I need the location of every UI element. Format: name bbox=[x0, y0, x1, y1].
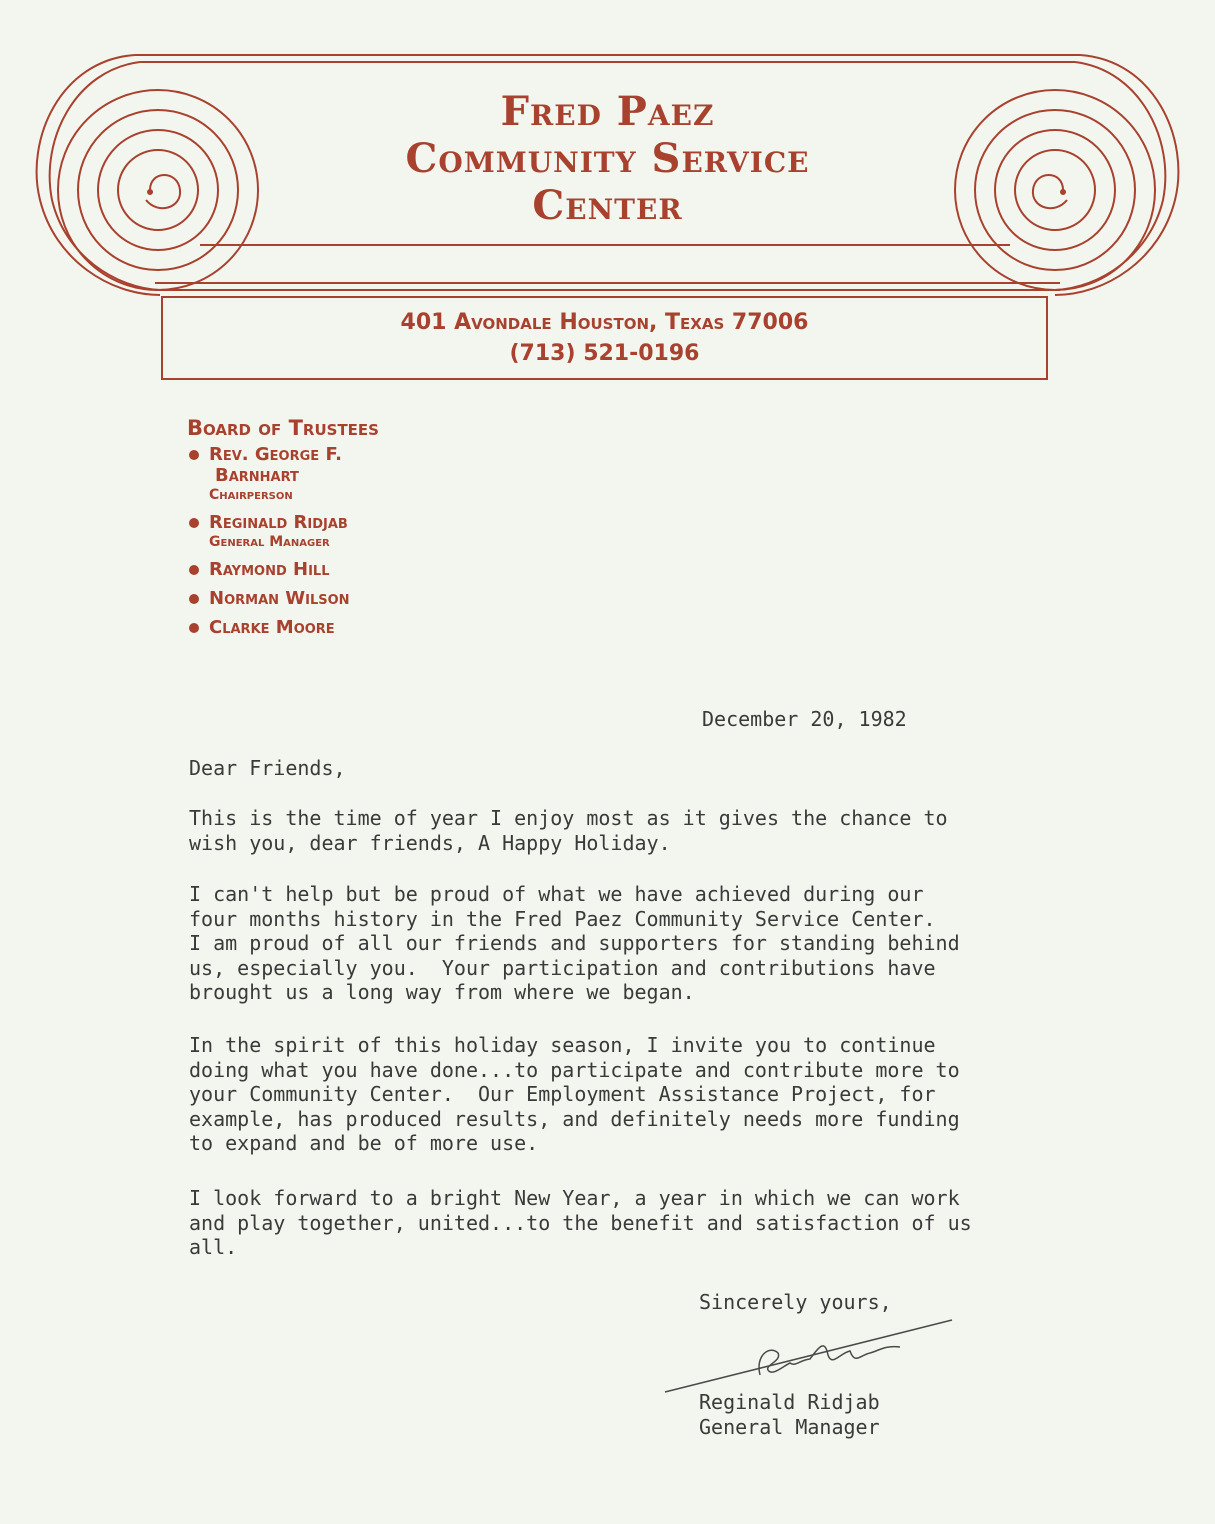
trustee-name: Rev. George F. bbox=[209, 444, 379, 465]
org-title-line1: Fred Paez bbox=[0, 88, 1215, 135]
closing: Sincerely yours, bbox=[699, 1290, 892, 1315]
bullet-icon bbox=[189, 565, 199, 575]
trustee-name: Reginald Ridjab bbox=[209, 512, 379, 533]
bullet-icon bbox=[189, 450, 199, 460]
paragraph-1: This is the time of year I enjoy most as… bbox=[189, 806, 948, 855]
salutation: Dear Friends, bbox=[189, 756, 346, 781]
paragraph-3: In the spirit of this holiday season, I … bbox=[189, 1033, 960, 1156]
signer-name: Reginald Ridjab bbox=[699, 1390, 880, 1415]
org-phone: (713) 521-0196 bbox=[162, 341, 1047, 366]
bullet-icon bbox=[189, 623, 199, 633]
org-title-line2: Community Service bbox=[0, 135, 1215, 182]
trustee-name: Raymond Hill bbox=[209, 559, 379, 580]
board-heading: Board of Trustees bbox=[187, 416, 379, 440]
trustee-role: General Manager bbox=[209, 533, 379, 551]
trustee-item: Clarke Moore bbox=[187, 617, 379, 638]
bullet-icon bbox=[189, 518, 199, 528]
letter-date: December 20, 1982 bbox=[702, 707, 907, 732]
trustee-name-cont: Barnhart bbox=[209, 465, 379, 486]
board-of-trustees: Board of Trustees Rev. George F. Barnhar… bbox=[187, 416, 379, 646]
org-address: 401 Avondale Houston, Texas 77006 bbox=[162, 310, 1047, 335]
org-title-line3: Center bbox=[0, 182, 1215, 229]
trustee-item: Reginald Ridjab General Manager bbox=[187, 512, 379, 551]
paragraph-2: I can't help but be proud of what we hav… bbox=[189, 882, 960, 1005]
signature bbox=[660, 1315, 960, 1395]
trustee-name: Norman Wilson bbox=[209, 588, 379, 609]
bullet-icon bbox=[189, 594, 199, 604]
paragraph-4: I look forward to a bright New Year, a y… bbox=[189, 1186, 972, 1260]
trustee-role: Chairperson bbox=[209, 486, 379, 504]
trustee-name: Clarke Moore bbox=[209, 617, 379, 638]
trustee-item: Raymond Hill bbox=[187, 559, 379, 580]
trustee-item: Rev. George F. Barnhart Chairperson bbox=[187, 444, 379, 504]
trustee-item: Norman Wilson bbox=[187, 588, 379, 609]
signer-title: General Manager bbox=[699, 1415, 880, 1440]
